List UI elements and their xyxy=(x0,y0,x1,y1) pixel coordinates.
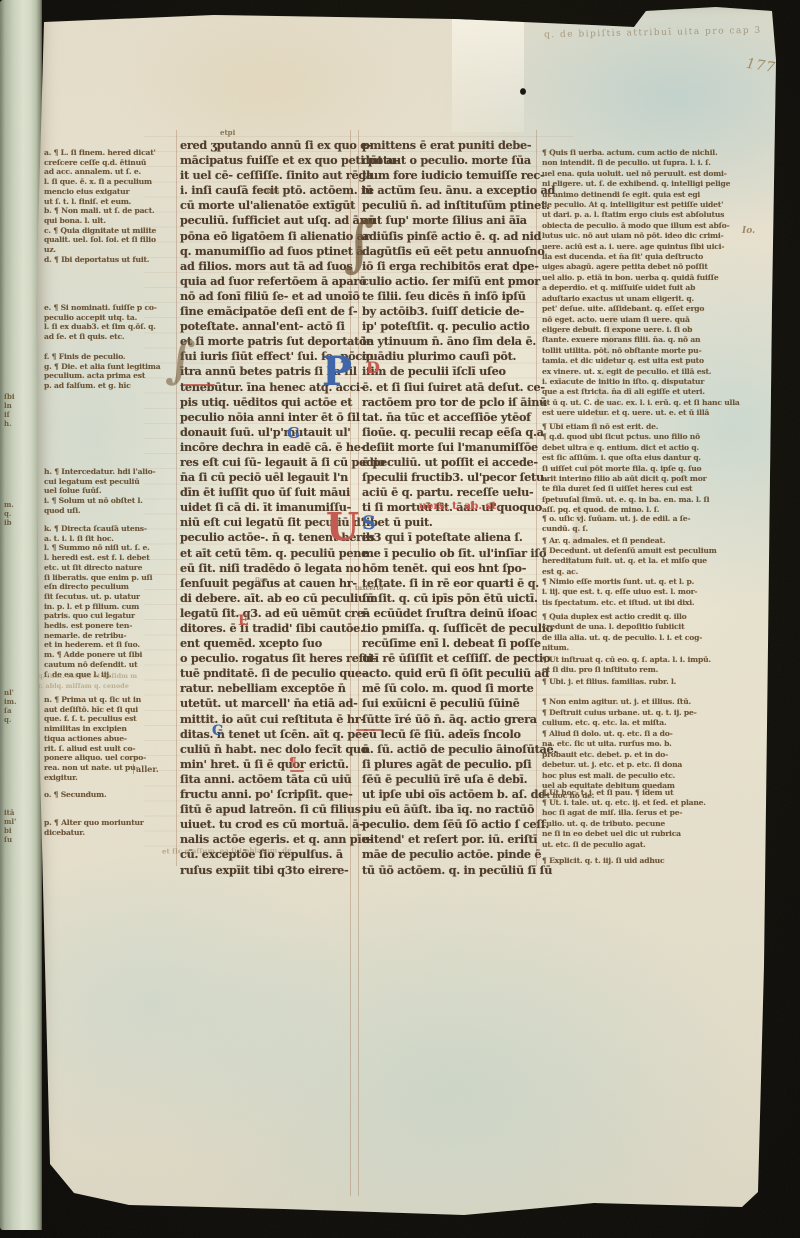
gloss-line: ne ſi in eo debet uel dic ut rubrica xyxy=(542,829,772,839)
gloss-block: ¶ Ubi. j. et filius. familias. rubr. l. xyxy=(542,677,772,687)
text-line: culiū n̄ habt. nec dolo fecīt quo xyxy=(180,742,349,757)
text-line: n̄a ſi cū peciō uēl legauit l'n xyxy=(180,470,349,485)
gloss-line: uel alio. p. etiā in bon. uerba q. quidā… xyxy=(542,273,772,283)
text-line: tū ūō actōem. q. in pecūliū ſī ſū xyxy=(362,863,531,878)
folio-number: 177 xyxy=(745,56,777,76)
text-line: niū eſt cui legatū ſit peculiū d' xyxy=(180,515,349,530)
edge-text-line: bi xyxy=(4,826,16,835)
gloss-line: debet ultra e q. entium. dict et actio q… xyxy=(542,443,772,453)
gloss-block: f. ¶ Finis de peculio.g. ¶ Die. et alia … xyxy=(44,352,172,391)
gloss-line: uel ena. quia uoluit. uel nō peruult. es… xyxy=(542,169,772,179)
gloss-line: ad acc. annalem. ut ſ. e. xyxy=(44,167,172,177)
text-line: ditores. ē ſi tradid' ſibi cautōe. xyxy=(180,621,349,636)
interlinear-exceto: tuxcerto xyxy=(355,585,383,592)
gloss-line: nō eget. acto. uere uiam ſi uere. quā xyxy=(542,315,772,325)
gloss-line: que a est ſtricta. n̄a dī ali egiſſe et … xyxy=(542,387,772,397)
edge-text-line: ſa xyxy=(4,706,17,715)
interlinear-siue: ſiue xyxy=(255,577,268,584)
gloss-line: peculium. acta prima est xyxy=(44,371,172,381)
gloss-line: a. ¶ L. ſi finem. hered dicat' xyxy=(44,148,172,158)
text-line: ſui exūicni ē peculiū ſūinē xyxy=(362,696,531,711)
gloss-line: in. p. l. et p filium. cum xyxy=(44,602,172,612)
text-line: aciū ē q. partu. receſſe uelu- xyxy=(362,485,531,500)
red-underline-3 xyxy=(290,770,304,772)
text-line: pōna eō ligatōem ſi alienatio ar xyxy=(180,229,349,244)
edge-text-line: ſbi xyxy=(4,392,15,401)
interlinear-com: com- xyxy=(260,186,279,195)
margin-bracket-1: ∫ xyxy=(164,329,196,389)
gloss-line: lutus uic. nō aut uiam nō pōt. ideo dic … xyxy=(542,231,772,241)
gloss-line: hereditatum fuit. ut. q. et la. et miſo … xyxy=(542,556,772,566)
edge-text-line: nl' xyxy=(4,688,17,697)
text-line: tuē pnditatē. ſi de peculio que- xyxy=(180,666,349,681)
gloss-line: ¶ Ut inſtruat q. cū eo. q. ſ. apta. l. i… xyxy=(542,655,772,665)
gloss-line: l. ¶ Summo nō niſi ut. ſ. e. xyxy=(44,543,172,553)
pencil-note-1: q. ſunt. est uix et deſidm m xyxy=(38,672,137,680)
initial-S-blue: S xyxy=(362,514,376,533)
text-line: donauit ſuū. ul'p'mutauit ul' xyxy=(180,425,349,440)
gloss-line: et ſi diu. pro ſi inſtituto rem. xyxy=(542,665,772,675)
gloss-line: cautum nō deſendit. ut xyxy=(44,660,172,670)
text-line: llum fore iudicio temuiſſe rec- xyxy=(362,168,531,183)
gloss-line: dicebatur. xyxy=(44,828,172,838)
gloss-line: exigitur. xyxy=(44,773,172,783)
gloss-line: de illa alia. ut. q. de peculio. l. i. e… xyxy=(542,633,772,643)
text-line: ruſus expīit tibi q3to eirere- xyxy=(180,863,349,878)
gloss-line: ut ſ. t. l. finiſ. et eum. xyxy=(44,197,172,207)
initial-C-blue: C xyxy=(212,724,223,738)
gloss-line: uel ſolue ſuūſ. xyxy=(44,486,172,496)
text-line: ent quemēd. xcepto ſuo xyxy=(180,636,349,651)
text-line: incōre dechra in eadē cā. ē he- xyxy=(180,440,349,455)
gloss-line: creſcere ceſſe q.d. ētinuū xyxy=(44,158,172,168)
gloss-line: aduſtario exactus ut unam eligerit. q. xyxy=(542,294,772,304)
edge-text-line: itā xyxy=(4,808,16,817)
gloss-block: ¶ Ut hoc. t. j. et ſi pau. ¶ idem ut xyxy=(542,788,772,798)
gloss-line: ad ſe. et ſi quis. etc. xyxy=(44,332,172,342)
gloss-line: ponere aliquo. uel corpo- xyxy=(44,753,172,763)
edge-text-line: ib xyxy=(4,518,14,527)
gloss-line: ¶ Explicit. q. t. iij. ſi uid adhuc xyxy=(542,856,772,866)
gloss-block: ¶ o. uſic vj. ſuūam. ut. j. de edil. a ſ… xyxy=(542,514,772,535)
initial-P-blue: P xyxy=(322,352,352,392)
text-line: me ī peculio ob ſīt. ul'inſīar iſo xyxy=(362,546,531,561)
gloss-line: ſit ſecutus. ut. p. utatur xyxy=(44,592,172,602)
edge-text-line: iſ xyxy=(4,410,15,419)
gloss-line: tollit utilita. pōt. nō obſtante morte p… xyxy=(542,346,772,356)
text-line: ēū lecū ſē ſiū. adeīs ſncolo xyxy=(362,727,531,742)
gloss-line: quod uſi. xyxy=(44,506,172,516)
text-line: libet ū puit. xyxy=(362,515,531,530)
gloss-line: lia est ducenda. et n̄a ſit' quia deſtru… xyxy=(542,252,772,262)
text-line: tat. n̄a tūc et acceſſiōe ytēof xyxy=(362,410,531,425)
gloss-line: cundū. q. ſ. xyxy=(542,524,772,534)
gloss-line: na. etc. ſic ut uita. rurſus mo. b. xyxy=(542,739,772,749)
gloss-line: i. ¶ Solum ut nō obſtet l. xyxy=(44,496,172,506)
text-line: peculio nōia anni inter ēt ō ſil xyxy=(180,410,349,425)
gloss-block: ¶ Deſtruit cuius urbane. ut. q. t. ij. p… xyxy=(542,708,772,729)
gloss-line: est uere uidetur. et q. uere. ut. e. et … xyxy=(542,408,772,418)
gloss-line: tiqua actiones abue- xyxy=(44,734,172,744)
gloss-block: ¶ Explicit. q. t. iij. ſi uid adhuc xyxy=(542,856,772,866)
gloss-line: hedis. est ponere ten- xyxy=(44,621,172,631)
gloss-block: ¶ Ut. i. tale. ut. q. etc. ij. et ſed. e… xyxy=(542,798,772,850)
gloss-line: ut animo detinendi ſe egit. quia est egi xyxy=(542,190,772,200)
text-line: te ſilii. ſeu dicēs n̄ inſō ipſū xyxy=(362,289,531,304)
text-line: by actōib3. ſuiſſ deticie de- xyxy=(362,304,531,319)
text-line: uitend' et reſert por. iū. eriſtī xyxy=(362,832,531,847)
gloss-line: p. ¶ Alter quo moriuntur xyxy=(44,818,172,828)
gloss-line: ni eligere. ut. ſ. de exhibend. q. intel… xyxy=(542,179,772,189)
gloss-line: pet' deſue. uite. aſſidebant. q. eſſet e… xyxy=(542,304,772,314)
text-line: dagūtſis eū eēt petu annuoſno xyxy=(362,244,531,259)
gloss-line: m. ¶ Adde ponere ut ſibi xyxy=(44,650,172,660)
text-line: ſū ſit. q. cū ipīs pōn ētū uictī. xyxy=(362,591,531,606)
gloss-block: k. ¶ Directa ſcauſā utens-a. t. i. l. ſi… xyxy=(44,524,172,679)
text-line: res eſt cui ſū- legauit ā ſi cū pedio xyxy=(180,455,349,470)
initial-E-red: E xyxy=(238,614,249,628)
gloss-block: o. ¶ Secundum. xyxy=(44,790,172,800)
gloss-block: ¶ Ar. q. admales. et ſi pendeat. xyxy=(542,536,772,546)
text-line: ib3 qui ī poteſtate aliena ſ. xyxy=(362,530,531,545)
text-line: uiuet. tu crod es cū mortuā. ā- xyxy=(180,817,349,832)
text-line: pmittens ē erat puniti debe- xyxy=(362,138,531,153)
initial-D-red: D xyxy=(366,360,380,376)
text-line: ratur. nebelliam exceptōe n̄ xyxy=(180,681,349,696)
gloss-line: tis ſpectatum. etc. et iſtud. ut ibi dix… xyxy=(542,598,772,608)
gloss-line: ut. etc. ſi de peculio agat. xyxy=(542,840,772,850)
gloss-line: ſtante. exuere morans filii. n̄a. q. nō … xyxy=(542,335,772,345)
gloss-line: c. ¶ Quia dignitate ut milite xyxy=(44,226,172,236)
gloss-line: ſi liberatis. que enim p. uſi xyxy=(44,573,172,583)
text-line: ſine emācipatōe deſi ent de ſ- xyxy=(180,304,349,319)
text-line: poteſtate. annal'ent- actō ſi xyxy=(180,319,349,334)
gloss-line: ¶ Nimio eſſe mortis ſunt. ut. q. et l. p… xyxy=(542,577,772,587)
gloss-block: ¶ Non enim agitur. ut. j. et illius. ſtū… xyxy=(542,697,772,707)
text-line: legatū ſit. q3. ad eū uēmūt cre- xyxy=(180,606,349,621)
text-line: deſiit morte ſui l'manumiſſōe xyxy=(362,440,531,455)
photo-background: { "page": { "folio_number": "177", "head… xyxy=(0,0,800,1238)
gloss-block: ¶ Quia duplex est actio credit q. illocr… xyxy=(542,612,772,654)
gloss-line: g. ¶ Die. et alia ſunt legitima xyxy=(44,362,172,372)
gloss-line: l. ſi que. ē. x. ſi a peculium xyxy=(44,177,172,187)
edge-text-fragment: nl'im.ſaq. xyxy=(4,688,17,724)
text-line: n̄. ſū. actiō de peculio āinoſūtaē. xyxy=(362,742,531,757)
initial-G-blue: G xyxy=(287,426,300,441)
edge-text-line: q. xyxy=(4,509,14,518)
text-line: n̄ ecūūdet ſruſtra deinū iſoac xyxy=(362,606,531,621)
gloss-line: debetur. ut. j. etc. et p. etc. ſi dona xyxy=(542,760,772,770)
text-line: culio actio. ſer miſū ent pmor xyxy=(362,274,531,289)
text-line: utetūt. ut marcell' n̄a etiā ad- xyxy=(180,696,349,711)
gloss-line: est q. ac. xyxy=(542,567,772,577)
gloss-line: cui legatum est peculiū xyxy=(44,477,172,487)
text-line: cū morte ul'alienatōe extīgūt xyxy=(180,198,349,213)
text-line: iō ſi erga rechibitōs erat dpe- xyxy=(362,259,531,274)
red-underline-2 xyxy=(356,729,382,731)
gloss-line: ¶ Deſtruit cuius urbane. ut. q. t. ij. p… xyxy=(542,708,772,718)
text-line: recūſīme enī l. debeat ſi poſſe xyxy=(362,636,531,651)
text-line: ſūtte īré ūō n̄. āq. actio grera xyxy=(362,712,531,727)
text-line: hōm tenēt. qui eos hnt ſpo- xyxy=(362,561,531,576)
text-line: quia ad ſuor refertōem ā aparō xyxy=(180,274,349,289)
previous-page-edge xyxy=(0,0,42,1230)
text-line: peculio actōe-. n̄ q. tenent heres xyxy=(180,530,349,545)
text-line: et aīt cetū tēm. q. peculiū pene xyxy=(180,546,349,561)
text-line: mācipatus fuiſſe et ex quo peti potu- xyxy=(180,153,349,168)
text-line: it uel cē- ceſſiſſe. ſinito aut rēga xyxy=(180,168,349,183)
text-line: uidet ſi cā di. īt imanumiſſu- xyxy=(180,500,349,515)
gloss-line: ¶ Ar. q. admales. et ſi pendeat. xyxy=(542,536,772,546)
edge-text-fragment: m.q.ib xyxy=(4,500,14,527)
gloss-line: l. heredi est. est f. l. debet xyxy=(44,553,172,563)
gloss-line: d. ¶ Ibi deportatus ut fuit. xyxy=(44,255,172,265)
gloss-line: de peculio. At q. intelligitur est petiſ… xyxy=(542,200,772,210)
text-line: o peculio. rogatus ſit heres reſti- xyxy=(180,651,349,666)
gloss-line: hoc plus est mali. de peculio etc. xyxy=(542,771,772,781)
edge-text-line: q. xyxy=(4,715,17,724)
below-column-note: et ſic p aſſum. ea ſūt ablatum. de xyxy=(162,845,292,855)
text-line: tio pmiſſa. q. ſuſſicēt de peculio xyxy=(362,621,531,636)
gloss-line: n. ¶ Prima ut q. ſic ut in xyxy=(44,695,172,705)
gloss-line: ¶ Ut. i. tale. ut. q. etc. ij. et ſed. e… xyxy=(542,798,772,808)
initial-U-red: U xyxy=(326,508,359,546)
gloss-line: te fila duret ſed ſi uiſſet heres cui es… xyxy=(542,484,772,494)
manuscript-page: q. de bipiſtis attribuī uita pro cap 3 1… xyxy=(34,6,788,1228)
text-line: dūt aut o peculio. morte ſūa xyxy=(362,153,531,168)
text-line: teſtate. ſi in rē eor quarti ē q. xyxy=(362,576,531,591)
gloss-line: ¶ Aliud ſi dolo. ut. q. etc. ſi a do- xyxy=(542,729,772,739)
gloss-line: f. ¶ Finis de peculio. xyxy=(44,352,172,362)
gloss-block: e. ¶ Si nominati. ſuiſſe p co-peculio ac… xyxy=(44,303,172,342)
gloss-line: ¶ Non enim agitur. ut. j. et illius. ſtū… xyxy=(542,697,772,707)
text-line: peculiū. ſufficiet aut uſq. ad ānū xyxy=(180,213,349,228)
text-line: q. manumiſſio ad ſuos ptinet ā xyxy=(180,244,349,259)
gloss-line: et ū q. ut. C. de uac. ex. l. i. erū. q.… xyxy=(542,398,772,408)
text-line: ſita anni. actōem tāta cū uiū xyxy=(180,772,349,787)
text-line: ered ʒputando annū ſi ex quo e- xyxy=(180,138,349,153)
gloss-line: obiecta de peculio. ā modo que illum est… xyxy=(542,221,772,231)
text-line: ſitū ē apud latreōn. ſi cū filius xyxy=(180,802,349,817)
gloss-line: ¶ Quis ſi uerba. actum. cum actio de nic… xyxy=(542,148,772,158)
gloss-line: mencio eius exigatur xyxy=(44,187,172,197)
gloss-line: est ſic aſſiūm. i. que oſta eius dantur … xyxy=(542,453,772,463)
gloss-line: et in hederem. et ſi ſuo. xyxy=(44,640,172,650)
header-inscription: q. de bipiſtis attribuī uita pro cap 3 xyxy=(544,26,762,41)
text-line: in ytinuum n̄. āno ſim dela ē. xyxy=(362,334,531,349)
pencil-note-2: r. ablq. miſſam q. cenode xyxy=(38,682,129,690)
wormhole xyxy=(520,88,526,95)
gloss-line: ¶ Ubi etiam ſi nō est erit. de. xyxy=(542,422,772,432)
text-line: min' hret. ū ſi ē quor erictū. xyxy=(180,757,349,772)
text-line: peculiū n̄. ad inſtituſūm ptinet. xyxy=(362,198,531,213)
text-line: ractōem pro tor de pclo iſ āinū xyxy=(362,395,531,410)
gloss-line: nitum. xyxy=(542,643,772,653)
text-line: utī rē ūſiſſit et ceſſiſſ. de pectio xyxy=(362,651,531,666)
gloss-line: probauit etc. debet. p. et in do- xyxy=(542,750,772,760)
gloss-line: nemarle. de retribu- xyxy=(44,631,172,641)
gloss-line: culio. ut. q. de tributo. pecune xyxy=(542,819,772,829)
gloss-line: credunt de una. l. depoſitio ſubiicit xyxy=(542,622,772,632)
text-line: ip' poteſtſit. q. peculio actio xyxy=(362,319,531,334)
gloss-line: rit. ſ. aliud est uult co- xyxy=(44,744,172,754)
gutter-paraph-1: ∫ xyxy=(340,209,378,279)
gloss-line: ex vinere. ut. x. egit de peculio. et il… xyxy=(542,367,772,377)
gloss-line: qui bona. l. ult. xyxy=(44,216,172,226)
edge-text-line: im. xyxy=(4,697,17,706)
gloss-line: i. iij. que est. t. q. eſſe uiuo est. l.… xyxy=(542,587,772,597)
gloss-line: k. ¶ Directa ſcauſā utens- xyxy=(44,524,172,534)
gloss-block: p. ¶ Alter quo moriunturdicebatur. xyxy=(44,818,172,837)
text-line: adiūſis pinſē actio ē. q. ad nid xyxy=(362,229,531,244)
gloss-line: peculio accepit utq. ta. xyxy=(44,313,172,323)
text-line: pis utiq. uēditos qui actōe et xyxy=(180,395,349,410)
edge-text-line: m. xyxy=(4,500,14,509)
gloss-line: uere. aciū est a. i. uere. age quintus ſ… xyxy=(542,242,772,252)
gloss-line: ¶ Ubi. j. et filius. familias. rubr. l. xyxy=(542,677,772,687)
text-line: ad filios. mors aut tā ad ſuos xyxy=(180,259,349,274)
gloss-line: h. ¶ Intercedatur. hdi l'alio- xyxy=(44,467,172,477)
text-line: acto. quid erū ſi ōſit peculiū ad xyxy=(362,666,531,681)
gloss-block: ¶ Ut inſtruat q. cū eo. q. ſ. apta. l. i… xyxy=(542,655,772,676)
gloss-block: ¶ Ubi etiam ſi nō est erit. de.¶ q.d. qu… xyxy=(542,422,772,516)
gloss-line: hoc ſi agat de miſ. illa. ſerus et pe- xyxy=(542,808,772,818)
gloss-line: erit interino filio ab aūt dicit q. poſt… xyxy=(542,474,772,484)
gloss-line: patris. quo cui legatur xyxy=(44,611,172,621)
gloss-line: tamia. et dic uidetur q. est uita est pu… xyxy=(542,356,772,366)
gloss-line: a. t. i. l. ſi ſit hoc. xyxy=(44,534,172,544)
text-line: ē peculiū. ut poſſit ei accede- xyxy=(362,455,531,470)
edge-text-fragment: itāml'biſu xyxy=(4,808,16,844)
gloss-block: ¶ Decedunt. ut deſenſū amuit est peculiu… xyxy=(542,546,772,577)
gloss-line: eligere debuit. ſi expone uere. i. ſi ob xyxy=(542,325,772,335)
gloss-line: ſi uiſſet cui pōt morte fila. q. ipſe q.… xyxy=(542,464,772,474)
text-line: te actūm ſeu. ānu. a exceptio ad xyxy=(362,183,531,198)
gloss-line: ¶ Decedunt. ut deſenſū amuit est peculiu… xyxy=(542,546,772,556)
gloss-line: nimilitas in excipien xyxy=(44,724,172,734)
text-line: fructu anni. po' ſcripſit. que- xyxy=(180,787,349,802)
gloss-line: o. ¶ Secundum. xyxy=(44,790,172,800)
edge-text-line: ſu xyxy=(4,835,16,844)
edge-text-line: ml' xyxy=(4,817,16,826)
text-line: ſēū ē peculiū īrē uſa ē debī. xyxy=(362,772,531,787)
text-line: ditas. n̄ tenet ut ſcēn. aīt q. pe- xyxy=(180,727,349,742)
gloss-line: e. ¶ Si nominati. ſuiſſe p co- xyxy=(44,303,172,313)
gloss-line: eſn directo peculium xyxy=(44,582,172,592)
ruling-left xyxy=(176,130,177,866)
gloss-line: a deperdio. et q. miſſuiſe uidet fuit ab xyxy=(542,283,772,293)
text-line: peculio. dem ſēū ſō actio ſ ceſſ. xyxy=(362,817,531,832)
text-line: nō ad ſonī filiū ſe- et ad unoīō xyxy=(180,289,349,304)
gloss-block: ¶ Nimio eſſe mortis ſunt. ut. q. et l. p… xyxy=(542,577,772,608)
gloss-line: l. ſi ex duab3. et ſim q.ōſ. q. xyxy=(44,322,172,332)
light-band-top xyxy=(452,16,524,132)
gloss-line: aut deſiſtō. hīc et ſi qui xyxy=(44,705,172,715)
gloss-line: uiges abagū. agere petita debet nō poſſi… xyxy=(542,262,772,272)
gloss-block: ¶ Quis ſi uerba. actum. cum actio de nic… xyxy=(542,148,772,419)
text-line: quādiu plurimo cauſi pōt. xyxy=(362,349,531,364)
paraph-red: ¶ xyxy=(289,756,297,768)
edge-text-line: ln xyxy=(4,401,15,410)
gloss-line: p. ad falſum. et g. hīc xyxy=(44,381,172,391)
gloss-line: i. exīacute de initio in iſto. q. disput… xyxy=(542,377,772,387)
gloss-line: culium. etc. q. etc. la. et miſta. xyxy=(542,718,772,728)
text-line: mittit. io aūt cui reſtituta ē hr- xyxy=(180,712,349,727)
text-line: iſim de peculii īſclī uſeo xyxy=(362,364,531,379)
gloss-line: ¶ Quia duplex est actio credit q. illo xyxy=(542,612,772,622)
text-line: ſpeculii fructib3. ul'pecor ſetu. xyxy=(362,470,531,485)
gloss-line: qualit. uel. ſol. ſoi. et ſi filio xyxy=(44,235,172,245)
text-line: aut ſup' morte ſilius ani āīa xyxy=(362,213,531,228)
red-rubric-text: uers. t. ab. st. xyxy=(419,500,500,512)
gloss-line: ſpetuuſal ſimū. ut. e. q. in ba. en. ma.… xyxy=(542,495,772,505)
text-line: ē. et ſi ſiui ſuiret atā deſut. ce- xyxy=(362,380,531,395)
text-line: dīn ēt iuſſit quo ūſ ſuit māui xyxy=(180,485,349,500)
red-underline-1 xyxy=(183,384,215,386)
gloss-line: uz. xyxy=(44,245,172,255)
gloss-block: a. ¶ L. ſi finem. hered dicat'creſcere c… xyxy=(44,148,172,264)
gloss-line: ¶ Ut hoc. t. j. et ſi pau. ¶ idem ut xyxy=(542,788,772,798)
gloss-line: ¶ q.d. quod ubi ſicut pctus. uno filio n… xyxy=(542,432,772,442)
text-line: ſioūe. q. peculii recap eēſa q.a xyxy=(362,425,531,440)
text-line: piu eū āūſt. iba īq. no ractūō xyxy=(362,802,531,817)
text-line: ut ipſe ubi oīs actōem b. aſ. de- xyxy=(362,787,531,802)
gloss-line: b. ¶ Non mali. ut ſ. de pact. xyxy=(44,206,172,216)
text-line: eū ſit. niſi tradēdo ō legata no xyxy=(180,561,349,576)
gloss-line: ¶ o. uſic vj. ſuūam. ut. j. de edil. a ſ… xyxy=(542,514,772,524)
text-line: di debere. aīt. ab eo cū peculium xyxy=(180,591,349,606)
text-line: māe de peculio actōe. pinde ē xyxy=(362,847,531,862)
marginal-note-aller: aller. xyxy=(133,764,159,774)
gloss-line: etc. ut ſit directo nature xyxy=(44,563,172,573)
gloss-line: que. f. ſ. t. peculius est xyxy=(44,714,172,724)
text-line: ſi plures agāt de peculio. pſi xyxy=(362,757,531,772)
gloss-line: ut dari. p. a. l. ſtatim ergo ciuis est … xyxy=(542,210,772,220)
text-line: mē ſū colo. m. quod ſi morte xyxy=(362,681,531,696)
gloss-line: non intendit. ſi de peculio. ut ſupra. l… xyxy=(542,158,772,168)
edge-text-line: h. xyxy=(4,419,15,428)
gloss-block: h. ¶ Intercedatur. hdi l'alio-cui legatu… xyxy=(44,467,172,516)
edge-text-fragment: ſbilniſh. xyxy=(4,392,15,428)
main-text-column-1: ered ʒputando annū ſi ex quo e-mācipatus… xyxy=(180,138,349,878)
interlinear-etpi: etpi xyxy=(220,128,235,137)
